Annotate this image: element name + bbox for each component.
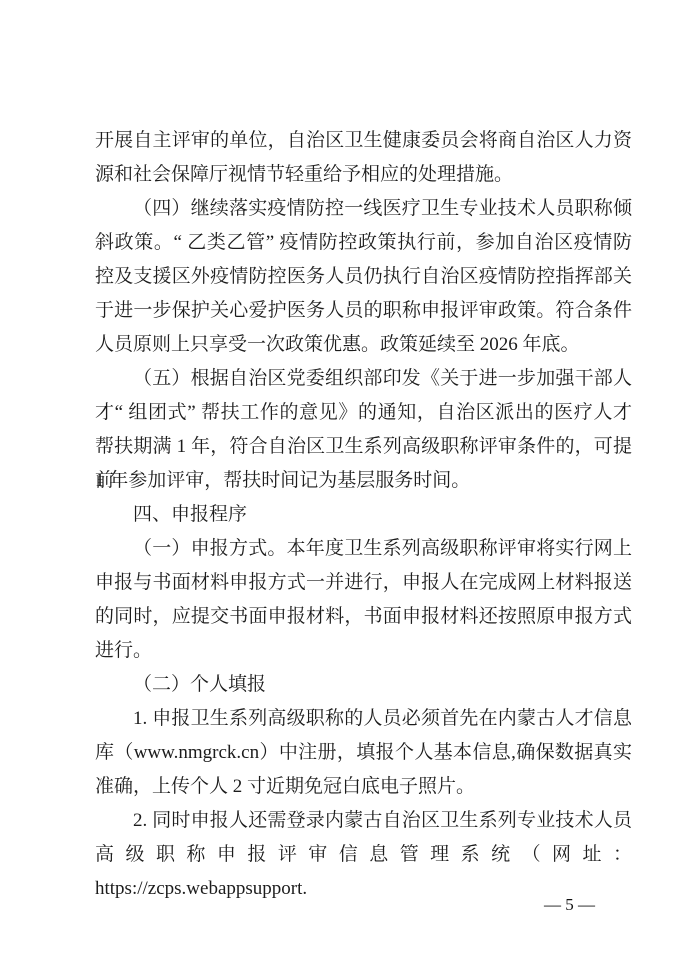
document-line: 于进一步保护关心爱护医务人员的职称申报评审政策。符合条件: [95, 294, 632, 328]
document-line: 源和社会保障厅视情节轻重给予相应的处理措施。: [95, 158, 632, 192]
document-line: （一）申报方式。本年度卫生系列高级职称评审将实行网上: [95, 532, 632, 566]
document-line: 1 年参加评审，帮扶时间记为基层服务时间。: [95, 464, 632, 498]
document-line: 帮扶期满 1 年，符合自治区卫生系列高级职称评审条件的，可提前: [95, 430, 632, 464]
document-line: 的同时，应提交书面申报材料，书面申报材料还按照原申报方式: [95, 600, 632, 634]
page-number: — 5 —: [544, 895, 595, 915]
subsection-heading: （二）个人填报: [95, 668, 632, 702]
document-body: 开展自主评审的单位，自治区卫生健康委员会将商自治区人力资 源和社会保障厅视情节轻…: [95, 124, 632, 872]
document-line: 1. 申报卫生系列高级职称的人员必须首先在内蒙古人才信息: [95, 702, 632, 736]
document-line: 才“ 组团式” 帮扶工作的意见》的通知，自治区派出的医疗人才: [95, 396, 632, 430]
document-page: 开展自主评审的单位，自治区卫生健康委员会将商自治区人力资 源和社会保障厅视情节轻…: [0, 0, 699, 969]
document-line: 斜政策。“ 乙类乙管” 疫情防控政策执行前，参加自治区疫情防: [95, 226, 632, 260]
document-line: （四）继续落实疫情防控一线医疗卫生专业技术人员职称倾: [95, 192, 632, 226]
document-line: 进行。: [95, 634, 632, 668]
document-line: 高级职称申报评审信息管理系统（网址：https://zcps.webappsup…: [95, 838, 632, 872]
document-line: 申报与书面材料申报方式一并进行，申报人在完成网上材料报送: [95, 566, 632, 600]
document-line: 开展自主评审的单位，自治区卫生健康委员会将商自治区人力资: [95, 124, 632, 158]
document-line: 人员原则上只享受一次政策优惠。政策延续至 2026 年底。: [95, 328, 632, 362]
document-line: 准确，上传个人 2 寸近期免冠白底电子照片。: [95, 770, 632, 804]
document-line: 2. 同时申报人还需登录内蒙古自治区卫生系列专业技术人员: [95, 804, 632, 838]
document-line: 库（www.nmgrck.cn）中注册，填报个人基本信息,确保数据真实: [95, 736, 632, 770]
document-line: （五）根据自治区党委组织部印发《关于进一步加强干部人: [95, 362, 632, 396]
document-line: 控及支援区外疫情防控医务人员仍执行自治区疫情防控指挥部关: [95, 260, 632, 294]
section-heading: 四、申报程序: [95, 498, 632, 532]
